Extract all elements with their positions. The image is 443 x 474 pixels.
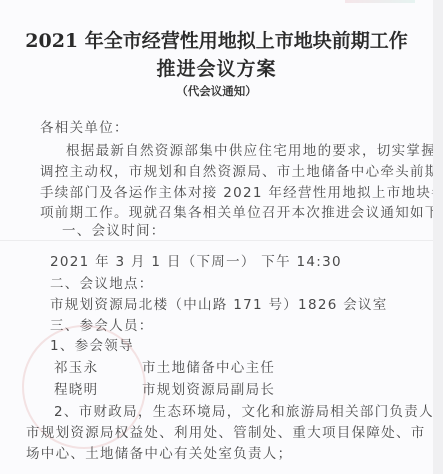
- leader-1-name: 祁玉永: [54, 356, 98, 376]
- intro-line-2: 调控主动权，市规划和自然资源局、市土地储备中心牵头前期: [40, 160, 440, 180]
- leader-2-title: 市规划资源局副局长: [142, 378, 275, 398]
- meeting-place: 市规划资源局北楼（中山路 171 号）1826 会议室: [50, 293, 388, 313]
- document-subtitle: （代会议通知）: [0, 83, 433, 99]
- section1-heading: 一、会议时间：: [62, 219, 166, 239]
- section-divider: [0, 240, 433, 241]
- page-edge: [433, 0, 443, 474]
- attendees-line-2: 市规划资源局权益处、利用处、管制处、重大项目保障处、市: [26, 421, 426, 441]
- leader-1-title: 市土地储备中心主任: [142, 356, 275, 376]
- document-title-line1: 2021 年全市经营性用地拟上市地块前期工作: [0, 26, 433, 53]
- intro-line-1: 根据最新自然资源部集中供应住宅用地的要求，切实掌握: [66, 139, 436, 159]
- document-title-line2: 推进会议方案: [0, 54, 433, 81]
- document-page: 2021 年全市经营性用地拟上市地块前期工作 推进会议方案 （代会议通知） 各相…: [0, 0, 433, 474]
- intro-line-3: 手续部门及各运作主体对接 2021 年经营性用地拟上市地块各: [40, 181, 443, 201]
- salutation: 各相关单位：: [40, 116, 129, 136]
- intro-line-4: 项前期工作。现就召集各相关单位召开本次推进会议通知如下：: [40, 201, 443, 221]
- attendees-line-3: 场中心、土地储备中心有关处室负责人；: [26, 442, 292, 462]
- decorative-stripe: [345, 0, 415, 3]
- meeting-time: 2021 年 3 月 1 日（下周一） 下午 14:30: [50, 250, 342, 270]
- section2-heading: 二、会议地点：: [50, 272, 154, 292]
- attendees-line-1: 2、市财政局，生态环境局，文化和旅游局相关部门负责人；: [54, 400, 443, 420]
- leader-2-name: 程晓明: [54, 378, 98, 398]
